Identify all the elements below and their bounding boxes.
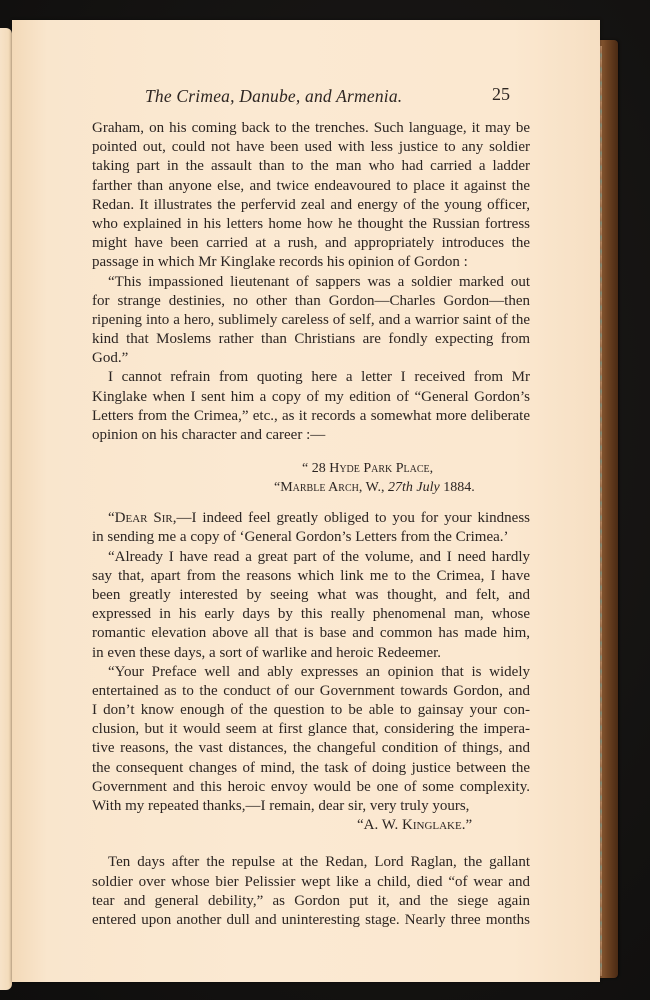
letter-paragraph-3: “Your Preface well and ably expresses an… [92, 663, 530, 817]
text-line: romantic elevation above all that is bas… [92, 624, 530, 643]
text-line: taking part in the assault than to the m… [92, 157, 530, 176]
address-line-1: “ 28 Hyde Park Place, [92, 459, 530, 478]
text-line: Redan. It illustrates the perfervid zeal… [92, 196, 530, 215]
text-line: passage in which Mr Kinglake records his… [92, 253, 530, 272]
text-line: who explained in his letters home how he… [92, 215, 530, 234]
address-date: 27th July [388, 480, 440, 495]
text-line: for strange destinies, no other than Gor… [92, 292, 530, 311]
book-cover-edge [600, 40, 618, 978]
address-street: “Marble Arch, W., [274, 480, 388, 495]
text-line: expressed in his early days by this real… [92, 605, 530, 624]
text-line: soldier over whose bier Pelissier wept l… [92, 873, 530, 892]
text-line: pointed out, could not have been used wi… [92, 138, 530, 157]
text-line: I don’t know enough of the question to b… [92, 701, 530, 720]
paragraph-3: Ten days after the repulse at the Redan,… [92, 853, 530, 930]
page-body: Graham, on his coming back to the trench… [92, 119, 530, 930]
facing-page-edge [0, 28, 12, 990]
letter-paragraph-2: “Already I have read a great part of the… [92, 548, 530, 663]
text-line: clusion, but it would seem at first glan… [92, 720, 530, 739]
text-line: entertained as to the conduct of our Gov… [92, 682, 530, 701]
text-line: With my repeated thanks,—I remain, dear … [92, 797, 530, 816]
text-line: tive reasons, the vast distances, the ch… [92, 739, 530, 758]
text-line: might have been carried at a rush, and a… [92, 234, 530, 253]
address-line-2: “Marble Arch, W., 27th July 1884. [92, 478, 530, 497]
letter-address: “ 28 Hyde Park Place, “Marble Arch, W., … [92, 459, 530, 497]
text-line: “Already I have read a great part of the… [92, 548, 530, 567]
text-line: in even these days, a sort of warlike an… [92, 644, 530, 663]
text-line: Kinglake when I sent him a copy of my ed… [92, 388, 530, 407]
text-line: Letters from the Crimea,” etc., as it re… [92, 407, 530, 426]
address-year: 1884. [440, 480, 475, 495]
letter-signature: “A. W. Kinglake.” [92, 816, 530, 835]
text-line: Government and this heroic envoy would b… [92, 778, 530, 797]
text-line: I cannot refrain from quoting here a let… [92, 368, 530, 387]
text-line: tear and general debility,” as Gordon pu… [92, 892, 530, 911]
text-line: “Your Preface well and ably expresses an… [92, 663, 530, 682]
running-head: The Crimea, Danube, and Armenia. 25 [130, 66, 550, 106]
text-line: the consequent changes of mind, the task… [92, 759, 530, 778]
paragraph-1: Graham, on his coming back to the trench… [92, 119, 530, 273]
text-line: Graham, on his coming back to the trench… [92, 119, 530, 138]
text-line: opinion on his character and career :— [92, 426, 530, 445]
text-line: farther than anyone else, and twice ende… [92, 177, 530, 196]
text-line: “This impassioned lieutenant of sappers … [92, 273, 530, 292]
salutation-rest: —I indeed feel greatly obliged to you fo… [176, 510, 530, 526]
letter-opening: “Dear Sir,—I indeed feel greatly obliged… [92, 509, 530, 547]
running-title: The Crimea, Danube, and Armenia. [145, 86, 402, 107]
page-number: 25 [492, 84, 510, 105]
text-line: God.” [92, 349, 530, 368]
text-line: kind that Moslems rather than Christians… [92, 330, 530, 349]
text-line: entered upon another dull and uninterest… [92, 911, 530, 930]
text-line: Ten days after the repulse at the Redan,… [92, 853, 530, 872]
text-line: ripening into a hero, sublimely careless… [92, 311, 530, 330]
text-line: say that, apart from the reasons which l… [92, 567, 530, 586]
text-line: in sending me a copy of ‘General Gordon’… [92, 528, 530, 547]
text-line: “Dear Sir,—I indeed feel greatly obliged… [92, 509, 530, 528]
paragraph-2: I cannot refrain from quoting here a let… [92, 368, 530, 445]
text-line: been greatly interested by seeing what w… [92, 586, 530, 605]
kinglake-quote: “This impassioned lieutenant of sappers … [92, 273, 530, 369]
salutation: “Dear Sir, [108, 510, 176, 526]
